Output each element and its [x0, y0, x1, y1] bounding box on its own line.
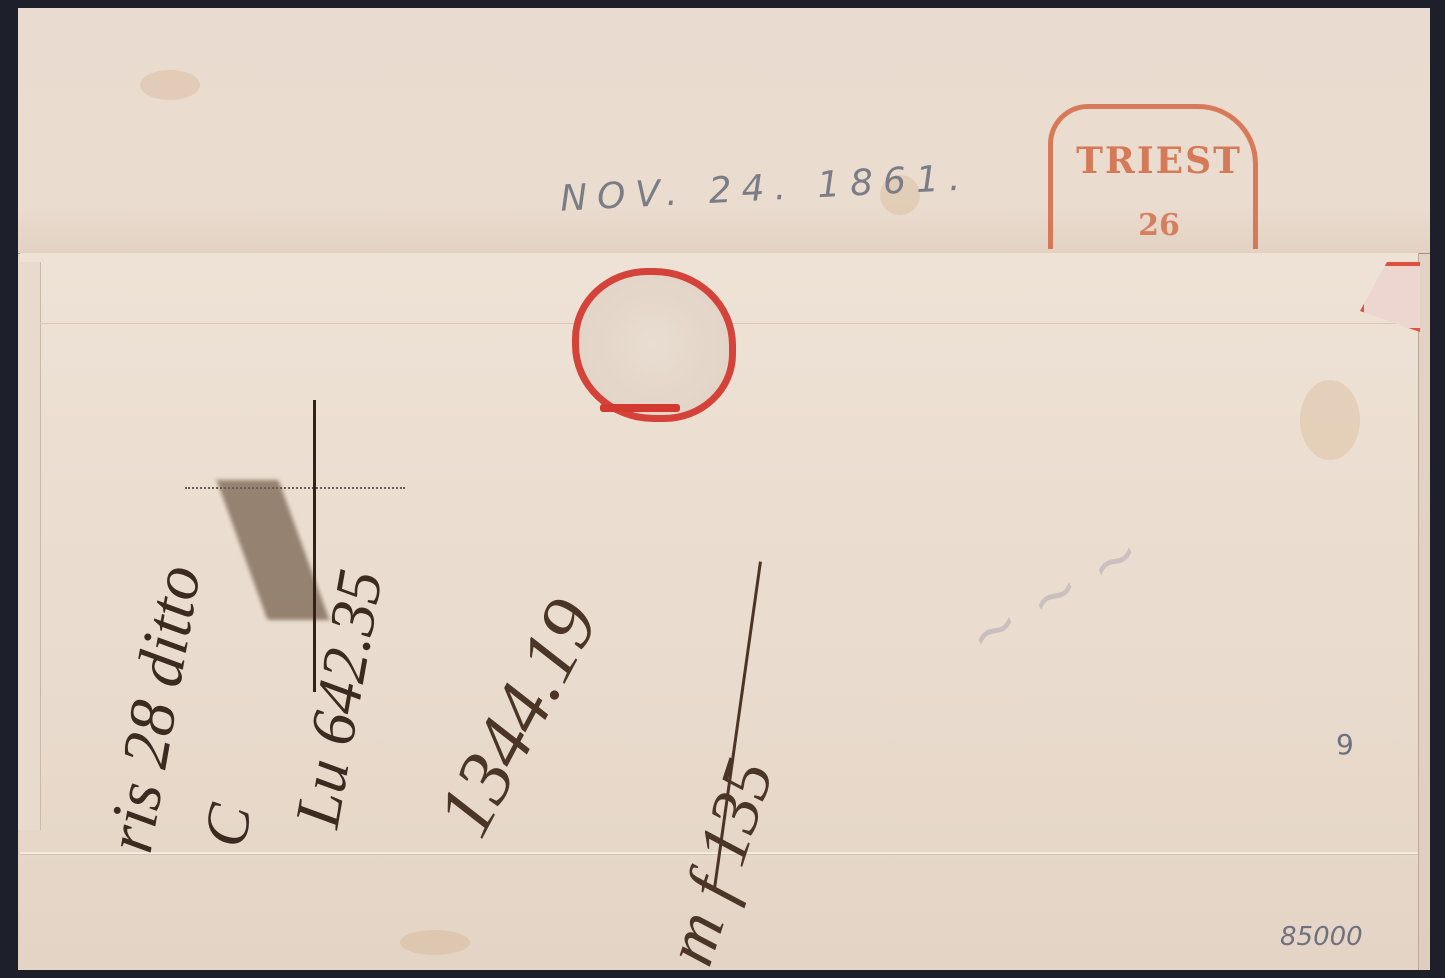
postmark-town: TRIEST [1074, 140, 1244, 182]
ink-underline [313, 400, 316, 692]
foxing-stain [400, 930, 470, 955]
seal-wax-edge [600, 404, 680, 412]
dotted-line [185, 487, 405, 489]
pencil-reference-number: 85000 [1280, 922, 1363, 952]
foxing-stain [1300, 380, 1360, 460]
left-flap [18, 262, 41, 830]
foxing-stain [140, 70, 200, 100]
pencil-corner-mark: 9 [1336, 728, 1354, 761]
red-wax-seal [572, 268, 736, 422]
postmark-day: 26 [1074, 208, 1244, 243]
